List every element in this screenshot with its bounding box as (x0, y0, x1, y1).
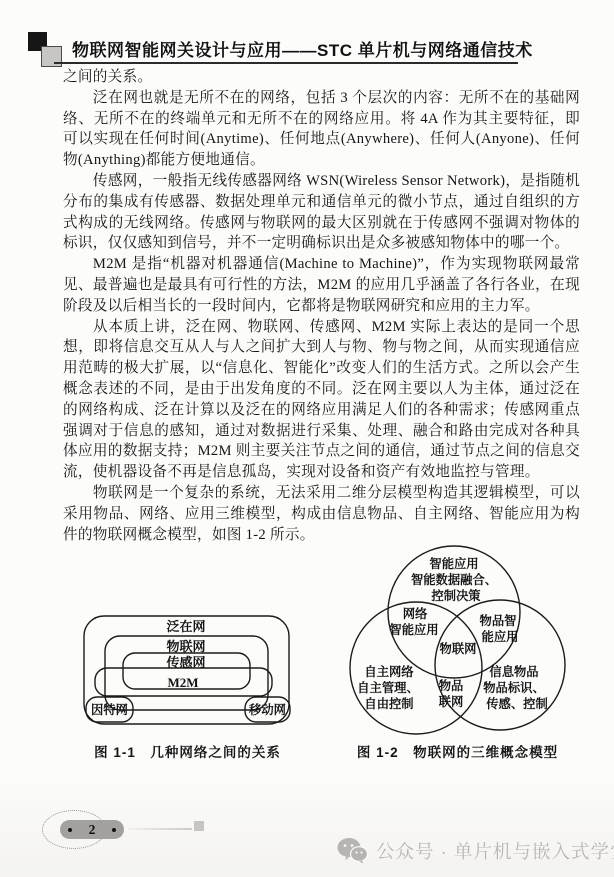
smart-app-line1: 智能应用 (429, 556, 478, 571)
network-smart-app-line2: 智能应用 (389, 622, 438, 637)
info-things-line2: 物品标识、 (483, 680, 545, 695)
m2m-label: M2M (167, 675, 198, 690)
paragraph-essence: 从本质上讲，泛在网、物联网、传感网、M2M 实际上表达的是同一个思想，即将信息交… (63, 317, 580, 483)
autonomous-net-line2: 自主管理、 (357, 680, 419, 695)
info-things-line3: 传感、控制 (485, 696, 548, 711)
watermark-footer: 公众号 · 单片机与嵌入式学堂 (337, 837, 614, 864)
page-body: 之间的关系。 泛在网也就是无所不在的网络，包括 3 个层次的内容：无所不在的基础… (63, 67, 580, 545)
figure-1-1-network-relations: 泛在网 物联网 传感网 M2M 因特网 移动网 图 1-1 几种网络之间的关系 (75, 610, 300, 765)
autonomous-net-line3: 自由控制 (364, 696, 413, 711)
things-smart-app-line2: 能应用 (482, 629, 519, 644)
paragraph-m2m: M2M 是指“机器对机器通信(Machine to Machine)”，作为实现… (63, 254, 580, 316)
info-things-line1: 信息物品 (489, 664, 539, 679)
figure-1-1-caption: 图 1-1 几种网络之间的关系 (75, 741, 300, 761)
iot-center-label: 物联网 (440, 641, 477, 656)
page-number-pill: 2 (60, 820, 124, 839)
venn-diagram: 智能应用 智能数据融合、 控制决策 网络 智能应用 物品智 能应用 物联网 自主… (335, 543, 580, 743)
smart-app-line2: 智能数据融合、 (411, 572, 497, 587)
page-number-left-dot (68, 828, 72, 832)
paragraph-ubiquitous-network: 泛在网也就是无所不在的网络，包括 3 个层次的内容：无所不在的基础网络、无所不在… (63, 88, 580, 171)
things-networking-line1: 物品 (439, 678, 464, 693)
paragraph-continuation: 之间的关系。 (63, 67, 580, 88)
book-title: 物联网智能网关设计与应用——STC 单片机与网络通信技术 (72, 36, 542, 61)
ubiquitous-net-label: 泛在网 (166, 619, 205, 634)
figure-1-2-iot-3d-model: 智能应用 智能数据融合、 控制决策 网络 智能应用 物品智 能应用 物联网 自主… (335, 543, 580, 765)
smart-app-line3: 控制决策 (431, 588, 481, 603)
page-number: 2 (89, 823, 96, 837)
figure-1-2-caption: 图 1-2 物联网的三维概念模型 (335, 741, 580, 761)
iot-label: 物联网 (166, 639, 205, 654)
header-rule (54, 62, 518, 64)
page-number-right-dot (112, 828, 116, 832)
footer-small-square (194, 821, 204, 831)
internet-label: 因特网 (91, 702, 128, 717)
paragraph-iot-model: 物联网是一个复杂的系统，无法采用二维分层模型构造其逻辑模型，可以采用物品、网络、… (63, 483, 580, 545)
wechat-icon (337, 837, 368, 864)
paragraph-sensor-network: 传感网，一般指无线传感器网络 WSN(Wireless Sensor Netwo… (63, 171, 580, 254)
things-smart-app-line1: 物品智 (480, 613, 517, 628)
network-smart-app-line1: 网络 (403, 606, 428, 621)
footer-fade-line (128, 828, 192, 830)
mobile-net-label: 移动网 (248, 702, 286, 717)
autonomous-net-line1: 自主网络 (364, 664, 414, 679)
things-networking-line2: 联网 (439, 694, 464, 709)
watermark-text: 公众号 · 单片机与嵌入式学堂 (376, 838, 614, 864)
sensor-net-label: 传感网 (165, 655, 205, 670)
nested-network-diagram: 泛在网 物联网 传感网 M2M 因特网 移动网 (75, 610, 300, 760)
